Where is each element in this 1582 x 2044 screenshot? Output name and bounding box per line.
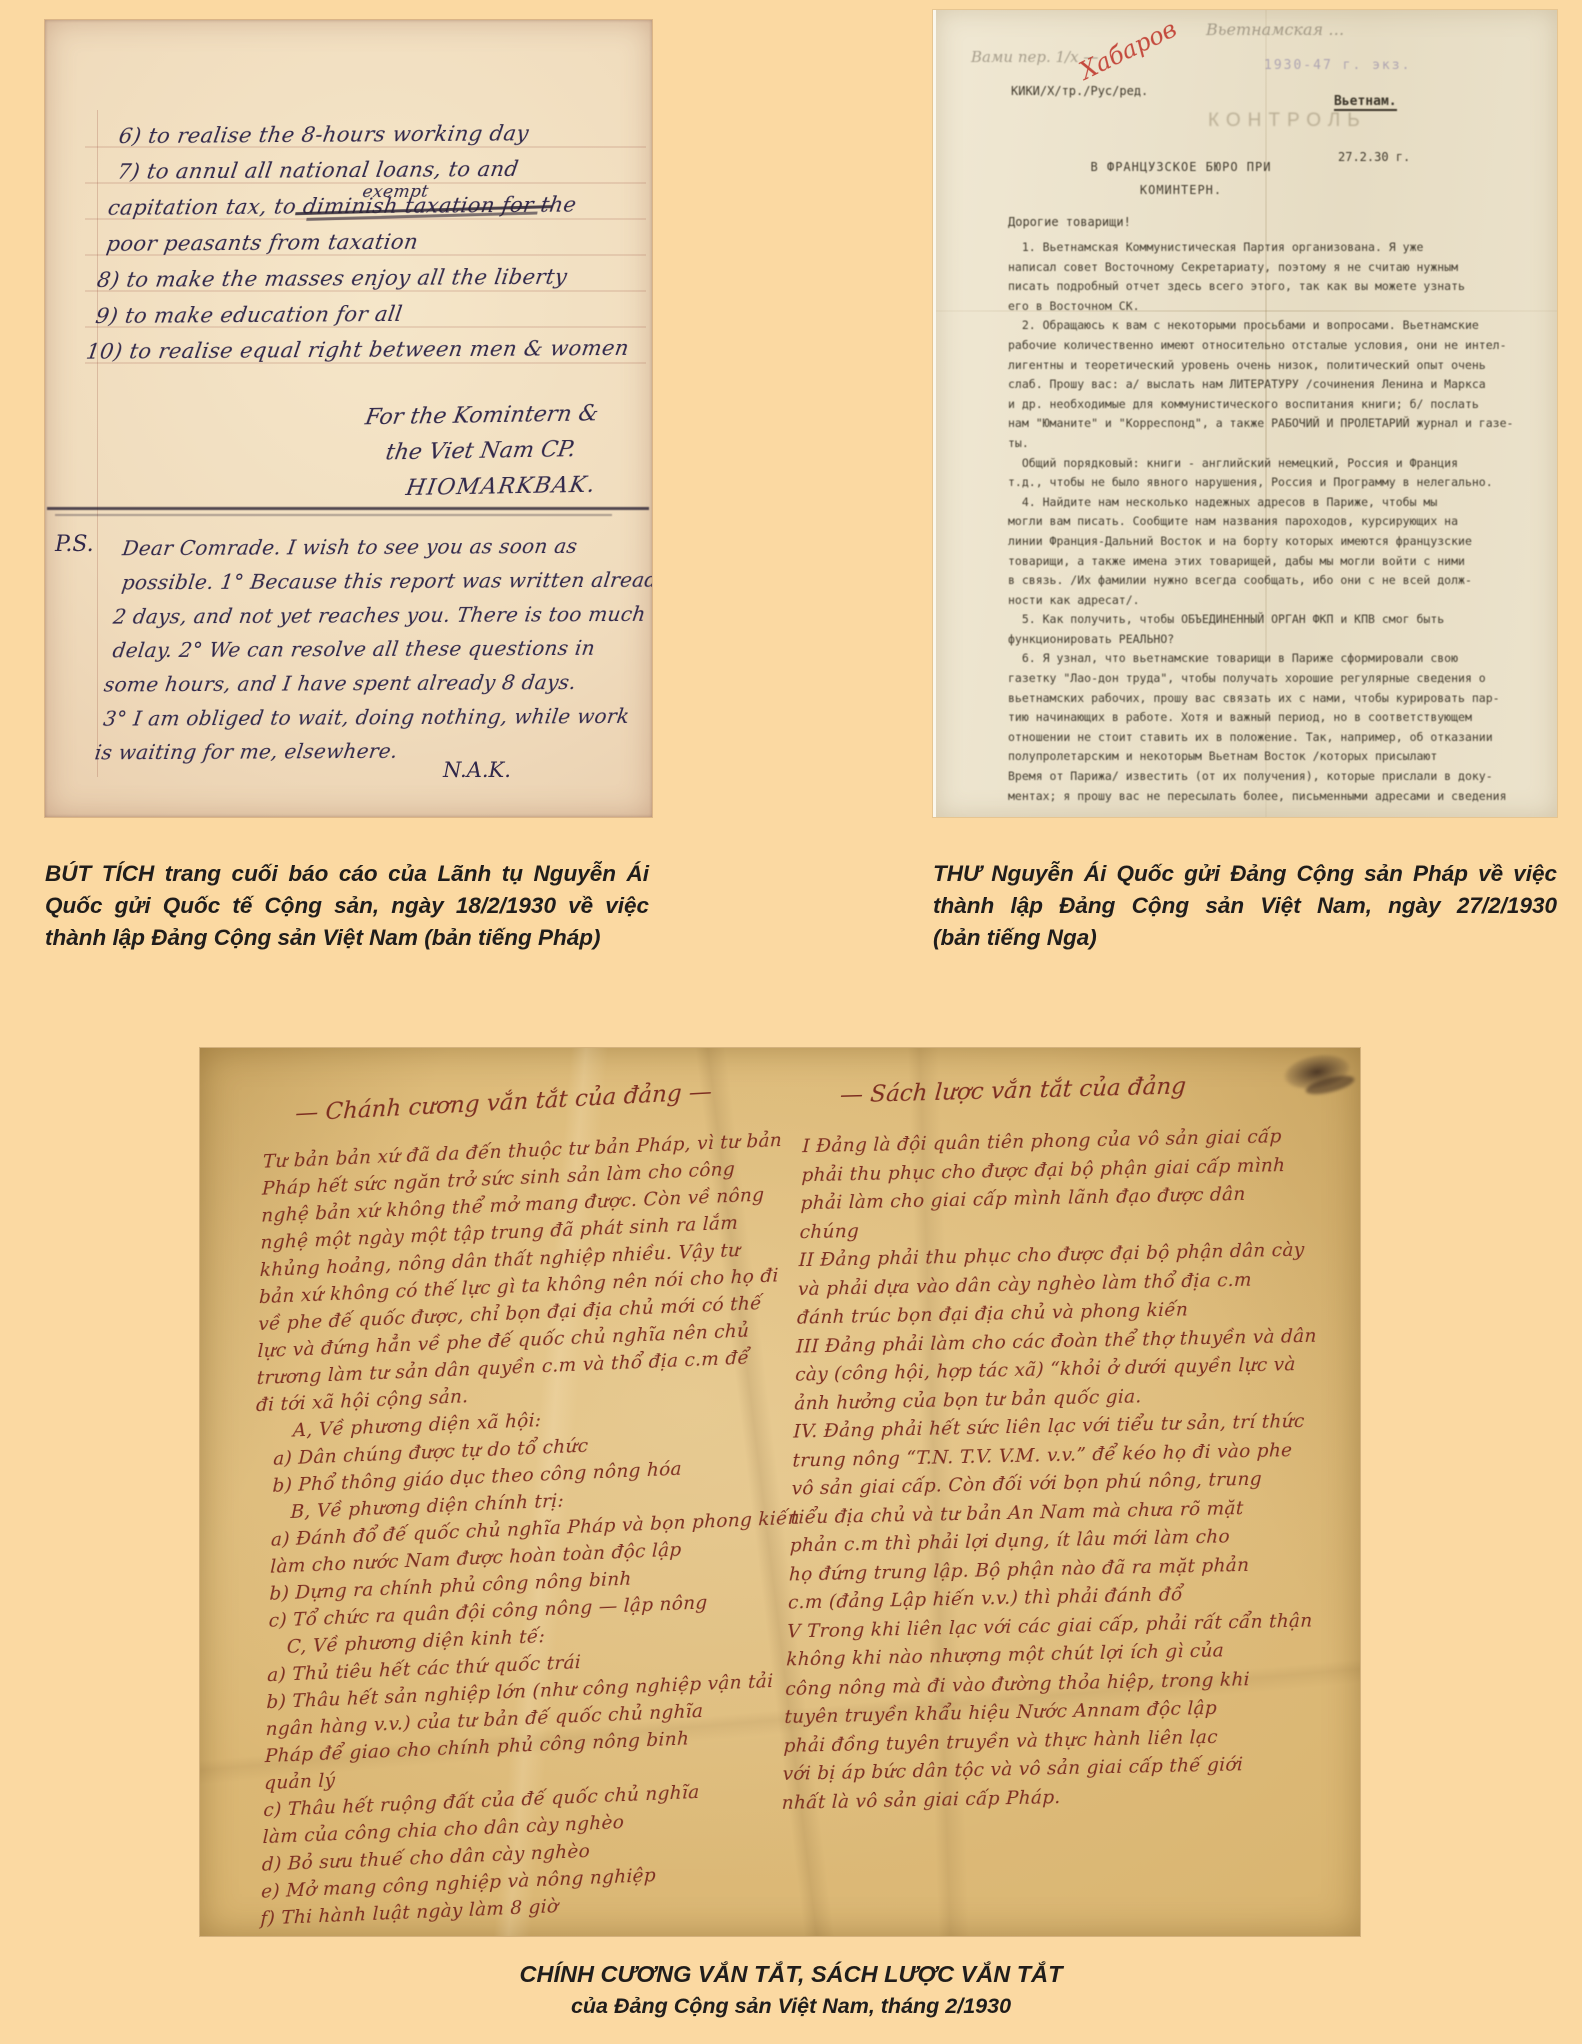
- typewritten-line: функционировать РЕАЛЬНО?: [1008, 630, 1516, 650]
- typewritten-line: Общий порядковый: книги - английский нем…: [1008, 454, 1516, 474]
- typewritten-line: 2. Обращаюсь к вам с некоторыми просьбам…: [1008, 316, 1516, 336]
- caption-line: của Đảng Cộng sản Việt Nam, tháng 2/1930: [0, 1990, 1582, 2022]
- typewritten-body: 1. Вьетнамская Коммунистическая Партия о…: [1008, 238, 1516, 806]
- salutation: Дорогие товарищи!: [1008, 215, 1131, 229]
- ps-paragraph: Dear Comrade. I wish to see you as soon …: [93, 529, 652, 770]
- letter-heading: В ФРАНЦУЗСКОЕ БЮРО ПРИ КОМИНТЕРН.: [1006, 160, 1356, 206]
- caption-right-document: THƯ Nguyễn Ái Quốc gửi Đảng Cộng sản Phá…: [933, 858, 1557, 954]
- underlined-dispatch-word: Вьетнам.: [1334, 94, 1397, 111]
- typewritten-line: могли вам писать. Сообщите нам названия …: [1008, 512, 1516, 532]
- handwritten-line: some hours, and I have spent already 8 d…: [102, 665, 652, 702]
- caption-left-document: BÚT TÍCH trang cuối báo cáo của Lãnh tụ …: [45, 858, 649, 954]
- typewritten-line: ментах; я прошу вас не пересылать более,…: [1008, 787, 1516, 807]
- caption-line: Quốc gửi Quốc tế Cộng sản, ngày 18/2/193…: [45, 890, 649, 922]
- typewritten-line: линии Франция-Дальний Восток и на борту …: [1008, 532, 1516, 552]
- heading-line: В ФРАНЦУЗСКОЕ БЮРО ПРИ: [1006, 160, 1356, 174]
- handwritten-line: poor peasants from taxation: [104, 222, 648, 262]
- handwritten-line: Dear Comrade. I wish to see you as soon …: [120, 529, 652, 566]
- caption-line: thành lập Đảng Cộng sản Việt Nam, ngày 2…: [933, 890, 1557, 922]
- typewritten-line: нам "Юманите" и "Корреспонд", а также РА…: [1008, 414, 1516, 434]
- inserted-correction-word: exempt: [360, 174, 431, 210]
- typewritten-line: писать подробный отчет здесь всего этого…: [1008, 277, 1516, 297]
- typewritten-line: в связь. /Их фамилии нужно всегда сообща…: [1008, 571, 1516, 591]
- heading-line: КОМИНТЕРН.: [1006, 183, 1356, 197]
- handwritten-line: possible. 1° Because this report was wri…: [120, 563, 652, 600]
- registry-stamp: 1930-47 г. экз.: [1264, 58, 1411, 73]
- typewritten-line: 4. Найдите нам несколько надежных адресо…: [1008, 493, 1516, 513]
- typewritten-line: ности как адресат/.: [1008, 591, 1516, 611]
- control-stamp: КОНТРОЛЬ: [1208, 110, 1367, 132]
- right-column-text: I Đảng là đội quân tiên phong của vô sản…: [781, 1122, 1328, 1818]
- caption-line: thành lập Đảng Cộng sản Việt Nam (bản ti…: [45, 922, 649, 954]
- typewritten-line: газетку "Лао-дон труда", чтобы получать …: [1008, 669, 1516, 689]
- typewritten-line: отношении не стоит ставить их в положени…: [1008, 728, 1516, 748]
- margin-line: [97, 110, 98, 777]
- typewritten-line: тию начинающих в работе. Хотя и важный п…: [1008, 708, 1516, 728]
- ps-label: P.S.: [55, 532, 94, 557]
- caption-line: CHÍNH CƯƠNG VẮN TẮT, SÁCH LƯỢC VẮN TẮT: [0, 1958, 1582, 1990]
- handwritten-list: 6) to realise the 8-hours working day7) …: [84, 114, 652, 370]
- handwritten-line: delay. 2° We can resolve all these quest…: [111, 631, 652, 668]
- ink-divider-line: [47, 507, 649, 510]
- signoff-line: For the Komintern &: [363, 396, 611, 436]
- typewritten-line: и др. необходимые для коммунистического …: [1008, 395, 1516, 415]
- typewritten-line: лигентны и теоретический уровень очень н…: [1008, 356, 1516, 376]
- typewritten-line: т.д., чтобы не было явного нарушения, Ро…: [1008, 473, 1516, 493]
- typewritten-line: ты.: [1008, 434, 1516, 454]
- caption-line: BÚT TÍCH trang cuối báo cáo của Lãnh tụ …: [45, 858, 649, 890]
- handwritten-line: 2 days, and not yet reaches you. There i…: [111, 597, 652, 634]
- handwritten-line: 8) to make the masses enjoy all the libe…: [95, 258, 643, 298]
- typewritten-line: 1. Вьетнамская Коммунистическая Партия о…: [1008, 238, 1516, 258]
- photo-manuscript-two-columns: — Chánh cương vắn tắt của đảng — Tư bản …: [200, 1048, 1360, 1936]
- handwritten-line: is waiting for me, elsewhere.: [93, 733, 649, 770]
- ps-lines: Dear Comrade. I wish to see you as soon …: [93, 529, 652, 770]
- ink-divider-echo: [55, 514, 612, 516]
- typewritten-line: Время от Парижа/ известить (от их получе…: [1008, 767, 1516, 787]
- reference-code: КИКИ/Х/тр./Рус/ред.: [1011, 84, 1148, 98]
- caption-line: THƯ Nguyễn Ái Quốc gửi Đảng Cộng sản Phá…: [933, 858, 1557, 890]
- typewritten-line: полупролетарским и некоторым Вьетнам Вос…: [1008, 747, 1516, 767]
- handwritten-line: 3° I am obliged to wait, doing nothing, …: [101, 699, 652, 736]
- photo-handwritten-report: 6) to realise the 8-hours working day7) …: [45, 20, 652, 817]
- handwritten-line: 6) to realise the 8-hours working day: [116, 114, 652, 154]
- handwritten-line: 10) to realise equal right between men &…: [84, 330, 632, 370]
- typewritten-line: вьетнамских рабочих, прошу вас связать и…: [1008, 689, 1516, 709]
- typewritten-line: рабочие количественно имеют относительно…: [1008, 336, 1516, 356]
- typewritten-line: написал совет Восточному Секретариату, п…: [1008, 258, 1516, 278]
- handwritten-list-block: 6) to realise the 8-hours working day7) …: [84, 114, 652, 370]
- photo-typewritten-letter: Вами пер. 1/х — Вьетнамская … Хабаров 19…: [933, 10, 1557, 817]
- left-column-text: Tư bản bản xứ đã da đến thuộc tư bản Phá…: [241, 1126, 811, 1934]
- handwritten-line: 9) to make education for all: [93, 294, 637, 334]
- signoff-line: the Viet Nam CP.: [383, 432, 605, 472]
- typewritten-line: 6. Я узнал, что вьетнамские товарищи в П…: [1008, 649, 1516, 669]
- signoff-lines: For the Komintern &the Viet Nam CP.HIOMA…: [351, 396, 610, 508]
- ps-signature: N.A.K.: [443, 758, 511, 782]
- signoff-block: For the Komintern &the Viet Nam CP.HIOMA…: [351, 396, 610, 508]
- typewritten-line: 5. Как получить, чтобы ОБЪЕДИНЕННЫЙ ОРГА…: [1008, 610, 1516, 630]
- typewritten-line: его в Восточном СК.: [1008, 297, 1516, 317]
- pencil-annotation: Вьетнамская …: [1206, 20, 1344, 39]
- book-page: 6) to realise the 8-hours working day7) …: [0, 0, 1582, 2044]
- typewritten-line: товарищи, а также имена этих товарищей, …: [1008, 552, 1516, 572]
- typewritten-line: слаб. Прошу вас: а/ выслать нам ЛИТЕРАТУ…: [1008, 375, 1516, 395]
- signoff-line: HIOMARKBAK.: [403, 468, 599, 507]
- caption-line: (bản tiếng Nga): [933, 922, 1557, 954]
- caption-bottom-document: CHÍNH CƯƠNG VẮN TẮT, SÁCH LƯỢC VẮN TẮTcủ…: [0, 1958, 1582, 2022]
